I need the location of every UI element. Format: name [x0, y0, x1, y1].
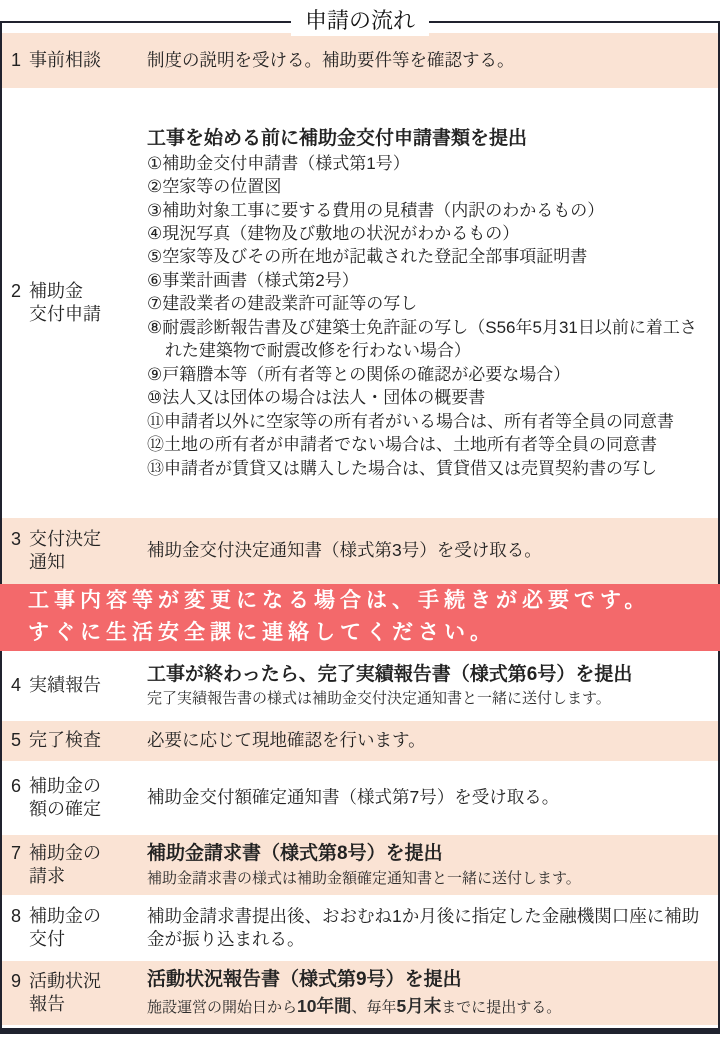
step-label-line: 4実績報告 — [11, 674, 147, 697]
flow-rows-top: 1事前相談制度の説明を受ける。補助要件等を確認する。2補助金交付申請工事を始める… — [2, 33, 718, 584]
step-label-line: 7補助金の — [11, 842, 147, 865]
step-body: 補助金交付額確定通知書（様式第7号）を受け取る。 — [147, 786, 706, 810]
required-documents-list: ①補助金交付申請書（様式第1号）②空家等の位置図③補助対象工事に要する費用の見積… — [147, 152, 706, 480]
step-note-text: までに提出する。 — [441, 999, 561, 1016]
application-flow-page: 申請の流れ 1事前相談制度の説明を受ける。補助要件等を確認する。2補助金交付申請… — [0, 0, 720, 1040]
step-label-text: 補助金の — [29, 776, 101, 796]
step-note: 補助金請求書の様式は補助金額確定通知書と一緒に送付します。 — [147, 868, 706, 890]
step-label-line: 報告 — [11, 993, 147, 1016]
step-label: 6補助金の額の確定 — [2, 775, 147, 822]
step-heading: 工事が終わったら、完了実績報告書（様式第6号）を提出 — [147, 662, 706, 688]
step-number: 9 — [11, 970, 29, 993]
step-body: 必要に応じて現地確認を行います。 — [147, 729, 706, 753]
step-row: 2補助金交付申請工事を始める前に補助金交付申請書類を提出①補助金交付申請書（様式… — [2, 88, 718, 518]
step-label: 8補助金の交付 — [2, 905, 147, 952]
step-number: 1 — [11, 49, 29, 72]
step-content: 補助金交付決定通知書（様式第3号）を受け取る。 — [147, 539, 710, 563]
step-label-line: 1事前相談 — [11, 49, 147, 72]
notice-line: すぐに生活安全課に連絡してください。 — [28, 617, 716, 649]
step-heading: 活動状況報告書（様式第9号）を提出 — [147, 967, 706, 993]
step-number: 2 — [11, 280, 29, 303]
notice-banner: 工事内容等が変更になる場合は、手続きが必要です。 すぐに生活安全課に連絡してくだ… — [0, 584, 720, 651]
flow-rows-bottom: 4実績報告工事が終わったら、完了実績報告書（様式第6号）を提出完了実績報告書の様… — [2, 651, 718, 1025]
step-content: 工事が終わったら、完了実績報告書（様式第6号）を提出完了実績報告書の様式は補助金… — [147, 662, 710, 710]
step-number: 6 — [11, 775, 29, 798]
document-item: ⑦建設業者の建設業許可証等の写し — [147, 292, 706, 315]
flow-table: 申請の流れ 1事前相談制度の説明を受ける。補助要件等を確認する。2補助金交付申請… — [0, 21, 720, 1034]
step-note-emphasis: 5月末 — [397, 996, 442, 1016]
step-number: 3 — [11, 528, 29, 551]
step-label: 4実績報告 — [2, 674, 147, 697]
document-item: ⑫土地の所有者が申請者でない場合は、土地所有者等全員の同意書 — [147, 433, 706, 456]
step-label-text: 補助金 — [29, 281, 83, 301]
step-label-line: 5完了検査 — [11, 729, 147, 752]
step-label-text: 補助金の — [29, 906, 101, 926]
step-label-line: 6補助金の — [11, 775, 147, 798]
step-content: 必要に応じて現地確認を行います。 — [147, 729, 710, 753]
step-body: 補助金請求書提出後、おおむね1か月後に指定した金融機関口座に補助金が振り込まれる… — [147, 905, 706, 952]
step-note-emphasis: 10年間 — [297, 996, 351, 1016]
document-item: ⑪申請者以外に空家等の所有者がいる場合は、所有者等全員の同意書 — [147, 410, 706, 433]
step-label-text: 実績報告 — [29, 675, 101, 695]
step-row: 3交付決定通知補助金交付決定通知書（様式第3号）を受け取る。 — [2, 518, 718, 584]
document-item: ④現況写真（建物及び敷地の状況がわかるもの） — [147, 222, 706, 245]
step-body: 補助金交付決定通知書（様式第3号）を受け取る。 — [147, 539, 706, 563]
step-row: 8補助金の交付補助金請求書提出後、おおむね1か月後に指定した金融機関口座に補助金… — [2, 895, 718, 961]
step-content: 活動状況報告書（様式第9号）を提出施設運営の開始日から10年間、毎年5月末までに… — [147, 967, 710, 1019]
document-item: ⑥事業計画書（様式第2号） — [147, 269, 706, 292]
step-label-text: 完了検査 — [29, 730, 101, 750]
step-label: 9活動状況報告 — [2, 970, 147, 1017]
step-row: 5完了検査必要に応じて現地確認を行います。 — [2, 721, 718, 761]
document-item: ③補助対象工事に要する費用の見積書（内訳のわかるもの） — [147, 199, 706, 222]
step-heading: 補助金請求書（様式第8号）を提出 — [147, 841, 706, 867]
step-row: 7補助金の請求補助金請求書（様式第8号）を提出補助金請求書の様式は補助金額確定通… — [2, 835, 718, 895]
step-note-text: 、毎年 — [351, 999, 396, 1016]
step-row: 9活動状況報告活動状況報告書（様式第9号）を提出施設運営の開始日から10年間、毎… — [2, 961, 718, 1025]
step-label-line: 請求 — [11, 865, 147, 888]
step-number: 5 — [11, 729, 29, 752]
step-note-text: 施設運営の開始日から — [147, 999, 297, 1016]
step-label-line: 交付申請 — [11, 303, 147, 326]
step-label-line: 8補助金の — [11, 905, 147, 928]
step-label-line: 3交付決定 — [11, 528, 147, 551]
step-note: 完了実績報告書の様式は補助金交付決定通知書と一緒に送付します。 — [147, 688, 706, 710]
document-item: ①補助金交付申請書（様式第1号） — [147, 152, 706, 175]
step-note: 施設運営の開始日から10年間、毎年5月末までに提出する。 — [147, 994, 706, 1019]
step-label-line: 交付 — [11, 928, 147, 951]
step-content: 制度の説明を受ける。補助要件等を確認する。 — [147, 49, 710, 73]
notice-line: 工事内容等が変更になる場合は、手続きが必要です。 — [28, 585, 716, 617]
document-item: ⑬申請者が賃貸又は購入した場合は、賃貸借又は売買契約書の写し — [147, 457, 706, 480]
document-item: ⑤空家等及びその所在地が記載された登記全部事項証明書 — [147, 245, 706, 268]
step-label: 2補助金交付申請 — [2, 280, 147, 327]
step-label-line: 9活動状況 — [11, 970, 147, 993]
step-number: 4 — [11, 674, 29, 697]
step-content: 工事を始める前に補助金交付申請書類を提出①補助金交付申請書（様式第1号）②空家等… — [147, 126, 710, 480]
step-content: 補助金請求書提出後、おおむね1か月後に指定した金融機関口座に補助金が振り込まれる… — [147, 905, 710, 952]
step-label: 7補助金の請求 — [2, 842, 147, 889]
step-row: 6補助金の額の確定補助金交付額確定通知書（様式第7号）を受け取る。 — [2, 761, 718, 835]
step-label-text: 交付決定 — [29, 529, 101, 549]
document-item: ⑩法人又は団体の場合は法人・団体の概要書 — [147, 386, 706, 409]
step-label-line: 2補助金 — [11, 280, 147, 303]
step-content: 補助金交付額確定通知書（様式第7号）を受け取る。 — [147, 786, 710, 810]
step-label: 5完了検査 — [2, 729, 147, 752]
document-item: ⑨戸籍謄本等（所有者等との関係の確認が必要な場合） — [147, 363, 706, 386]
page-title: 申請の流れ — [291, 6, 429, 36]
step-number: 8 — [11, 905, 29, 928]
step-label-line: 額の確定 — [11, 798, 147, 821]
step-label-text: 事前相談 — [29, 50, 101, 70]
document-item: ②空家等の位置図 — [147, 175, 706, 198]
step-row: 1事前相談制度の説明を受ける。補助要件等を確認する。 — [2, 33, 718, 88]
document-item: ⑧耐震診断報告書及び建築士免許証の写し（S56年5月31日以前に着工された建築物… — [147, 316, 706, 363]
step-label-text: 補助金の — [29, 843, 101, 863]
step-label-text: 活動状況 — [29, 971, 101, 991]
step-content: 補助金請求書（様式第8号）を提出補助金請求書の様式は補助金額確定通知書と一緒に送… — [147, 841, 710, 889]
step-number: 7 — [11, 842, 29, 865]
step-label-line: 通知 — [11, 551, 147, 574]
step-label: 3交付決定通知 — [2, 528, 147, 575]
step-heading: 工事を始める前に補助金交付申請書類を提出 — [147, 126, 706, 152]
step-label: 1事前相談 — [2, 49, 147, 72]
step-row: 4実績報告工事が終わったら、完了実績報告書（様式第6号）を提出完了実績報告書の様… — [2, 651, 718, 721]
step-body: 制度の説明を受ける。補助要件等を確認する。 — [147, 49, 706, 73]
